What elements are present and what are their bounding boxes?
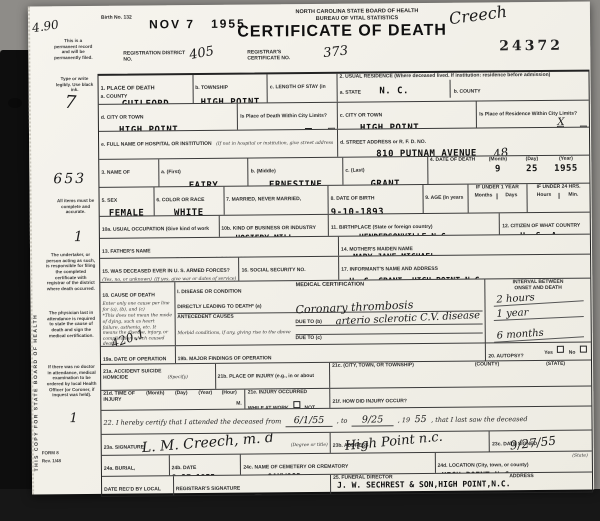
row-parents: 13. FATHER'S NAME RUFUS IRSCAL GRANT 14.… <box>100 234 590 258</box>
margin-note-undertaker: The undertaker, or person acting as such… <box>45 252 96 292</box>
injury-day-label: (Day) <box>169 391 193 403</box>
certify-text-3: , 19 <box>398 416 410 424</box>
field-township: b. TOWNSHIP HIGH POINT <box>193 74 268 103</box>
field-institution: e. FULL NAME OF HOSPITAL OR INSTITUTION … <box>99 130 338 159</box>
row-institution-street: e. FULL NAME OF HOSPITAL OR INSTITUTION … <box>99 127 589 159</box>
field-date-signed: 23c. DATE SIGNED 9/27/55 <box>490 431 592 452</box>
field-major-findings: 19b. MAJOR FINDINGS OF OPERATION <box>176 343 487 363</box>
length-of-stay-label: c. LENGTH OF STAY (in this place) <box>270 84 326 103</box>
antecedent-causes-note: Morbid conditions, if any, giving rise t… <box>177 330 290 345</box>
row-signature: 23a. SIGNATURE L. M. Creech, m. d (Degre… <box>102 430 592 455</box>
major-findings-label: 19b. MAJOR FINDINGS OF OPERATION <box>178 355 272 362</box>
field-usual-occupation: 10a. USUAL OCCUPATION (Give kind of work… <box>100 216 220 238</box>
city-of-death-label: d. CITY OR TOWN <box>101 114 144 120</box>
injury-occurred-label: 21e. INJURY OCCURRED <box>248 390 328 396</box>
scanned-record-page: THIS COPY FOR STATE BOARD OF HEALTH 4.90… <box>0 0 600 521</box>
row-cause-of-death: 18. CAUSE OF DEATH Enter only one cause … <box>100 278 591 346</box>
minutes-label: Min. <box>558 192 587 198</box>
field-autopsy: 20. AUTOPSY? Yes No <box>486 343 591 361</box>
autopsy-no-checkbox <box>580 346 587 353</box>
middle-name-label: b. (Middle) <box>251 168 276 174</box>
form-grid: 1. PLACE OF DEATH a. COUNTY GUILFORD b. … <box>97 70 593 497</box>
cause-note-one-per-line: Enter only one cause per line for (a), (… <box>102 301 172 313</box>
ink-blot <box>8 98 22 108</box>
certificate-header: Birth No. 132 NOV 7 1955 NORTH CAROLINA … <box>97 2 591 74</box>
informant-label: 17. INFORMANT'S NAME AND ADDRESS <box>341 266 438 273</box>
autopsy-no-label: No <box>569 350 576 356</box>
residence-state-value: N. C. <box>379 86 409 96</box>
certify-to-year-handwritten: 55 <box>415 414 427 425</box>
field-time-of-injury: 21d. TIME OF INJURY (Month) (Day) (Year)… <box>101 390 246 410</box>
social-security-handwritten: unknown <box>241 274 334 281</box>
sex-label: 5. SEX <box>102 198 118 204</box>
row-armed-forces-ssn-informant: 15. WAS DECEASED EVER IN U. S. ARMED FOR… <box>100 254 590 282</box>
certify-text-4: , that I last saw the deceased <box>431 415 527 424</box>
days-label: Days <box>497 193 525 199</box>
field-injury-occurred: 21e. INJURY OCCURRED WHILE AT WORK NOT W… <box>246 389 331 409</box>
field-name-of-deceased: 3. NAME OF DECEASED <box>99 159 159 187</box>
interval-b-value: 1 year <box>494 306 584 321</box>
row-burial: 24a. BURIAL, CREMATION, REMOVAL (Specify… <box>102 451 592 476</box>
date-of-birth-label: 8. DATE OF BIRTH <box>331 195 375 201</box>
signature-label: 23a. SIGNATURE <box>104 444 144 450</box>
row-sex-race-marital-birth-age: 5. SEX FEMALE 6. COLOR OR RACE WHITE 7. … <box>99 183 589 216</box>
while-at-work-checkbox <box>293 401 300 408</box>
field-burial-date: 24b. DATE 9-27-1955 <box>170 455 242 476</box>
field-cemetery: 24c. NAME OF CEMETERY OR CREMATORY OAKWO… <box>241 453 435 475</box>
field-date-received: DATE REC'D BY LOCAL REG. 10 - 6 - 55 <box>102 476 174 496</box>
row-time-of-injury: 21d. TIME OF INJURY (Month) (Day) (Year)… <box>101 386 591 410</box>
street-address-label: d. STREET ADDRESS or R. F. D. NO. <box>340 139 426 146</box>
under-1-year-label: IF UNDER 1 YEAR <box>470 185 525 191</box>
row-place-residence-top: 1. PLACE OF DEATH a. COUNTY GUILFORD b. … <box>98 72 588 104</box>
usual-occupation-label: 10a. USUAL OCCUPATION (Give kind of work… <box>102 226 209 238</box>
field-city-of-death: d. CITY OR TOWN HIGH POINT <box>99 104 239 131</box>
dod-month-label: (Month) <box>480 157 516 163</box>
field-father-name: 13. FATHER'S NAME RUFUS IRSCAL GRANT <box>100 237 339 258</box>
place-of-death-label: 1. PLACE OF DEATH <box>101 85 155 91</box>
burial-location-label: 24d. LOCATION (City, town, or county) <box>438 462 529 469</box>
row-city-limits: d. CITY OR TOWN HIGH POINT Is Place of D… <box>99 100 589 131</box>
cause-line-a: I. DISEASE OR CONDITION DIRECTLY LEADING… <box>177 287 483 314</box>
accident-label: 21a. ACCIDENT SUICIDE HOMICIDE <box>103 370 163 382</box>
margin-handwritten-number: 4.90 <box>31 18 59 34</box>
last-name-value: GRANT <box>345 180 425 185</box>
date-of-birth-value: 9-10-1893 <box>331 208 421 214</box>
citizenship-label: 12. CITIZEN OF WHAT COUNTRY <box>502 223 580 230</box>
last-name-label: c. (Last) <box>345 168 364 174</box>
first-name-label: a. (First) <box>161 169 181 175</box>
field-date-of-death: 4. DATE OF DEATH (Month) (Day) (Year) 9 … <box>428 156 590 184</box>
physician-address-handwritten: High Point n.c. <box>344 431 443 452</box>
months-label: Months <box>470 193 497 199</box>
cause-of-death-label: 18. CAUSE OF DEATH <box>102 292 154 298</box>
death-city-limits-label: Is Place of Death Within City Limits? <box>240 113 327 120</box>
name-of-deceased-label: 3. NAME OF DECEASED <box>101 170 130 187</box>
accident-specify-note: (Specify) <box>168 375 188 380</box>
injury-month-label: (Month) <box>141 391 169 403</box>
row-certification-statement: 22. I hereby certify that I attended the… <box>101 406 591 434</box>
sex-value: FEMALE <box>102 209 152 215</box>
field-date-of-operation: 19a. DATE OF OPERATION <box>101 346 176 364</box>
field-citizenship: 12. CITIZEN OF WHAT COUNTRY U S A <box>500 213 590 235</box>
field-residence-city-limits: Is Place of Residence Within City Limits… <box>477 101 589 128</box>
registrar-signature-label: REGISTRAR'S SIGNATURE <box>176 486 240 493</box>
field-certification-statement: 22. I hereby certify that I attended the… <box>101 407 591 434</box>
field-sex: 5. SEX FEMALE <box>99 187 154 215</box>
date-of-operation-label: 19a. DATE OF OPERATION <box>103 356 166 363</box>
residence-state-label: a. STATE <box>340 89 361 95</box>
margin-note-no-doctor: If there was no doctor in attendance, me… <box>46 364 97 398</box>
social-security-label: 16. SOCIAL SECURITY NO. <box>242 267 306 274</box>
dod-day-label: (Day) <box>516 157 548 163</box>
autopsy-yes-label: Yes <box>544 350 553 356</box>
armed-forces-label: 15. WAS DECEASED EVER IN U. S. ARMED FOR… <box>102 268 230 275</box>
field-registrar-signature: REGISTRAR'S SIGNATURE <box>174 475 332 495</box>
margin-handwritten-653: 653 <box>53 172 86 186</box>
registrar-certificate-value: 373 <box>323 44 349 60</box>
row-name-date-of-death: 3. NAME OF DECEASED a. (First) FAIRY b. … <box>99 155 589 187</box>
certify-text-2: , to <box>337 417 348 425</box>
field-burial-location: 24d. LOCATION (City, town, or county) (S… <box>435 452 592 473</box>
physician-signature-handwritten: L. M. Creech, m. d <box>141 433 274 455</box>
field-funeral-director: 25. FUNERAL DIRECTOR ADDRESS J. W. SECHR… <box>331 473 592 494</box>
margin-handwritten-one-a: 1 <box>74 230 83 244</box>
middle-name-value: ERNESTINE <box>251 181 341 186</box>
burial-location-state-label: (State) <box>572 454 588 460</box>
age-label: 9. AGE (In years last birthday) <box>425 195 463 213</box>
dod-year-label: (Year) <box>548 157 584 163</box>
death-certificate: THIS COPY FOR STATE BOARD OF HEALTH 4.90… <box>28 2 594 495</box>
field-burial-type: 24a. BURIAL, CREMATION, REMOVAL (Specify… <box>102 455 170 476</box>
margin-note-complete: All items must be complete and accurate. <box>56 198 96 215</box>
field-physician-signature: 23a. SIGNATURE L. M. Creech, m. d (Degre… <box>102 433 331 455</box>
field-armed-forces: 15. WAS DECEASED EVER IN U. S. ARMED FOR… <box>100 258 240 282</box>
armed-forces-note1: (Yes, no, or unknown) <box>102 277 154 281</box>
field-if-under-24-hours: IF UNDER 24 HRS. Hours Min. <box>528 184 590 213</box>
injury-county-label: (COUNTY) <box>452 362 522 368</box>
certify-to-handwritten: 9/25 <box>352 414 393 426</box>
registration-district-label: REGISTRATION DISTRICT NO. <box>123 51 185 63</box>
field-medical-certification: MEDICAL CERTIFICATION I. DISEASE OR COND… <box>175 279 486 345</box>
birthplace-label: 11. BIRTHPLACE (State or foreign country… <box>331 224 433 231</box>
field-street-address: d. STREET ADDRESS or R. F. D. NO. 810 PU… <box>338 128 589 157</box>
field-last-name: c. (Last) GRANT <box>343 157 428 185</box>
how-injury-occurred-label: 21f. HOW DID INJURY OCCUR? <box>332 398 407 405</box>
time-of-injury-label: 21d. TIME OF INJURY <box>103 391 141 403</box>
dod-month-value: 9 <box>480 165 516 175</box>
place-of-injury-label: 21b. PLACE OF INJURY (e.g., in or about … <box>218 373 323 389</box>
interval-other-value: 6 months <box>494 326 585 342</box>
field-marital-status: 7. MARRIED, NEVER MARRIED, WIDOWED, DIVO… <box>224 186 329 215</box>
disease-condition-label2: DIRECTLY LEADING TO DEATH* (a) <box>177 304 261 311</box>
autopsy-label: 20. AUTOPSY? <box>488 353 523 359</box>
margin-handwritten-seven: 7 <box>64 94 77 113</box>
injury-city-label: 21c. (CITY, TOWN, OR TOWNSHIP) <box>332 363 452 370</box>
surname-script: Creech <box>448 4 508 27</box>
field-social-security: 16. SOCIAL SECURITY NO. unknown <box>240 257 340 281</box>
margin-column: 4.90 This is a permanent record and will… <box>30 6 101 495</box>
field-informant: 17. INFORMANT'S NAME AND ADDRESS U. G. G… <box>339 255 590 280</box>
certify-text-1: 22. I hereby certify that I attended the… <box>103 417 281 427</box>
field-mother-maiden-name: 14. MOTHER'S MAIDEN NAME MARY JANE MICHA… <box>339 235 590 256</box>
father-name-label: 13. FATHER'S NAME <box>102 248 151 254</box>
registration-district-value: 405 <box>188 45 215 62</box>
field-length-of-stay: c. LENGTH OF STAY (in this place) <box>268 74 338 103</box>
first-name-value: FAIRY <box>161 182 246 187</box>
institution-label: e. FULL NAME OF HOSPITAL OR INSTITUTION <box>101 141 212 148</box>
while-at-work-label: WHILE AT WORK <box>248 405 289 409</box>
hours-label: Hours <box>530 193 558 199</box>
under-24-hours-label: IF UNDER 24 HRS. <box>530 185 588 191</box>
field-residence-city: c. CITY OR TOWN HIGH POINT <box>338 102 478 129</box>
birth-no: Birth No. 132 <box>101 16 132 22</box>
color-race-value: WHITE <box>156 209 221 216</box>
funeral-director-value: J. W. SECHREST & SON,HIGH POINT,N.C. <box>337 479 590 490</box>
field-residence-county: b. COUNTY <box>450 78 587 97</box>
burial-type-label: 24a. BURIAL, CREMATION, REMOVAL (Specify… <box>104 466 161 476</box>
injury-state-label: (STATE) <box>522 362 589 368</box>
field-usual-residence: 2. USUAL RESIDENCE (Where deceased lived… <box>338 72 589 102</box>
registrar-certificate-label: REGISTRAR'S CERTIFICATE NO. <box>247 50 313 62</box>
antecedent-causes-label: ANTECEDENT CAUSES <box>177 314 295 321</box>
field-color-race: 6. COLOR OR RACE WHITE <box>154 187 224 216</box>
field-date-of-birth: 8. DATE OF BIRTH 9-10-1893 <box>329 185 424 214</box>
field-residence-state: a. STATE N. C. <box>340 80 450 99</box>
form-revision: Rev. 1/48 <box>42 458 72 464</box>
injury-year-label: (Year) <box>193 391 217 403</box>
row-occupation-birthplace: 10a. USUAL OCCUPATION (Give kind of work… <box>100 212 590 238</box>
field-physician-address: 23b. ADDRESS High Point n.c. <box>331 431 491 452</box>
cemetery-label: 24c. NAME OF CEMETERY OR CREMATORY <box>243 464 348 471</box>
field-injury-location: 21c. (CITY, TOWN, OR TOWNSHIP) (COUNTY) … <box>330 361 591 388</box>
marital-status-label: 7. MARRIED, NEVER MARRIED, WIDOWED, DIVO… <box>226 196 303 215</box>
x-mark: X <box>557 118 564 128</box>
burial-date-label: 24b. DATE <box>172 465 197 471</box>
certify-from-handwritten: 6/1/55 <box>286 415 333 427</box>
interval-a-value: 2 hours <box>494 290 585 306</box>
field-how-injury-occurred: 21f. HOW DID INJURY OCCUR? <box>330 387 591 408</box>
dod-day-value: 25 <box>516 165 548 175</box>
industry-label: 10b. KIND OF BUSINESS OR INDUSTRY <box>221 225 316 232</box>
street-address-handwritten-mark: 48 <box>492 146 509 157</box>
field-cause-of-death-sidebar: 18. CAUSE OF DEATH Enter only one cause … <box>100 282 175 346</box>
field-county-of-death: 1. PLACE OF DEATH a. COUNTY GUILFORD <box>98 75 193 104</box>
field-industry: 10b. KIND OF BUSINESS OR INDUSTRY HOSIER… <box>219 215 329 237</box>
date-received-label: DATE REC'D BY LOCAL REG. <box>104 486 161 496</box>
margin-handwritten-one-b: 1 <box>69 412 77 425</box>
field-interval-column: INTERVAL BETWEEN ONSET AND DEATH 2 hours… <box>486 279 591 343</box>
serial-number: 24372 <box>499 38 563 55</box>
field-birthplace: 11. BIRTHPLACE (State or foreign country… <box>329 213 500 235</box>
field-if-under-1-year: IF UNDER 1 YEAR Months Days <box>468 184 528 213</box>
disease-condition-label1: I. DISEASE OR CONDITION <box>177 289 295 296</box>
due-to-c-label: DUE TO (c) <box>295 335 321 341</box>
margin-note-type: Type or write legibly. Use black ink. <box>54 76 94 93</box>
date-of-death-label: 4. DATE OF DEATH <box>430 158 480 164</box>
certificate-title: CERTIFICATE OF DEATH <box>207 22 477 42</box>
registrar-signature-scribble <box>176 492 316 495</box>
autopsy-yes-checkbox <box>557 346 564 353</box>
dod-year-value: 1955 <box>548 164 584 174</box>
date-signed-handwritten: 9/27/55 <box>510 434 557 451</box>
color-race-label: 6. COLOR OR RACE <box>156 197 204 203</box>
certificate-form: Birth No. 132 NOV 7 1955 NORTH CAROLINA … <box>97 2 594 494</box>
residence-city-label: c. CITY OR TOWN <box>340 112 382 118</box>
form-number: FORM 8 <box>42 450 72 456</box>
field-accident-suicide-homicide: 21a. ACCIDENT SUICIDE HOMICIDE (Specify) <box>101 364 216 390</box>
margin-note-permanent: This is a permanent record and will be p… <box>52 38 94 61</box>
degree-title-label: (Degree or title) <box>291 443 328 449</box>
cause-line-c: DUE TO (c) <box>295 325 483 336</box>
township-label: b. TOWNSHIP <box>195 85 228 91</box>
field-first-name: a. (First) FAIRY <box>159 159 249 187</box>
margin-note-physician: The physician last in attendance is requ… <box>46 310 97 339</box>
field-age: 9. AGE (In years last birthday) 62 <box>423 185 468 213</box>
row-registrar-funeral-director: DATE REC'D BY LOCAL REG. 10 - 6 - 55 REG… <box>102 472 592 496</box>
field-place-of-injury: 21b. PLACE OF INJURY (e.g., in or about … <box>216 363 331 389</box>
residence-limits-yes-checkbox: X <box>557 121 564 128</box>
row-accident: 21a. ACCIDENT SUICIDE HOMICIDE (Specify)… <box>101 360 591 390</box>
township-value: HIGH POINT <box>195 98 265 103</box>
due-to-b-label: DUE TO (b) <box>295 319 335 325</box>
injury-meridiem-label: M. <box>236 402 242 408</box>
residence-county-label: b. COUNTY <box>454 88 481 94</box>
field-middle-name: b. (Middle) ERNESTINE <box>249 158 344 186</box>
field-death-city-limits: Is Place of Death Within City Limits? Ye… <box>238 103 338 130</box>
